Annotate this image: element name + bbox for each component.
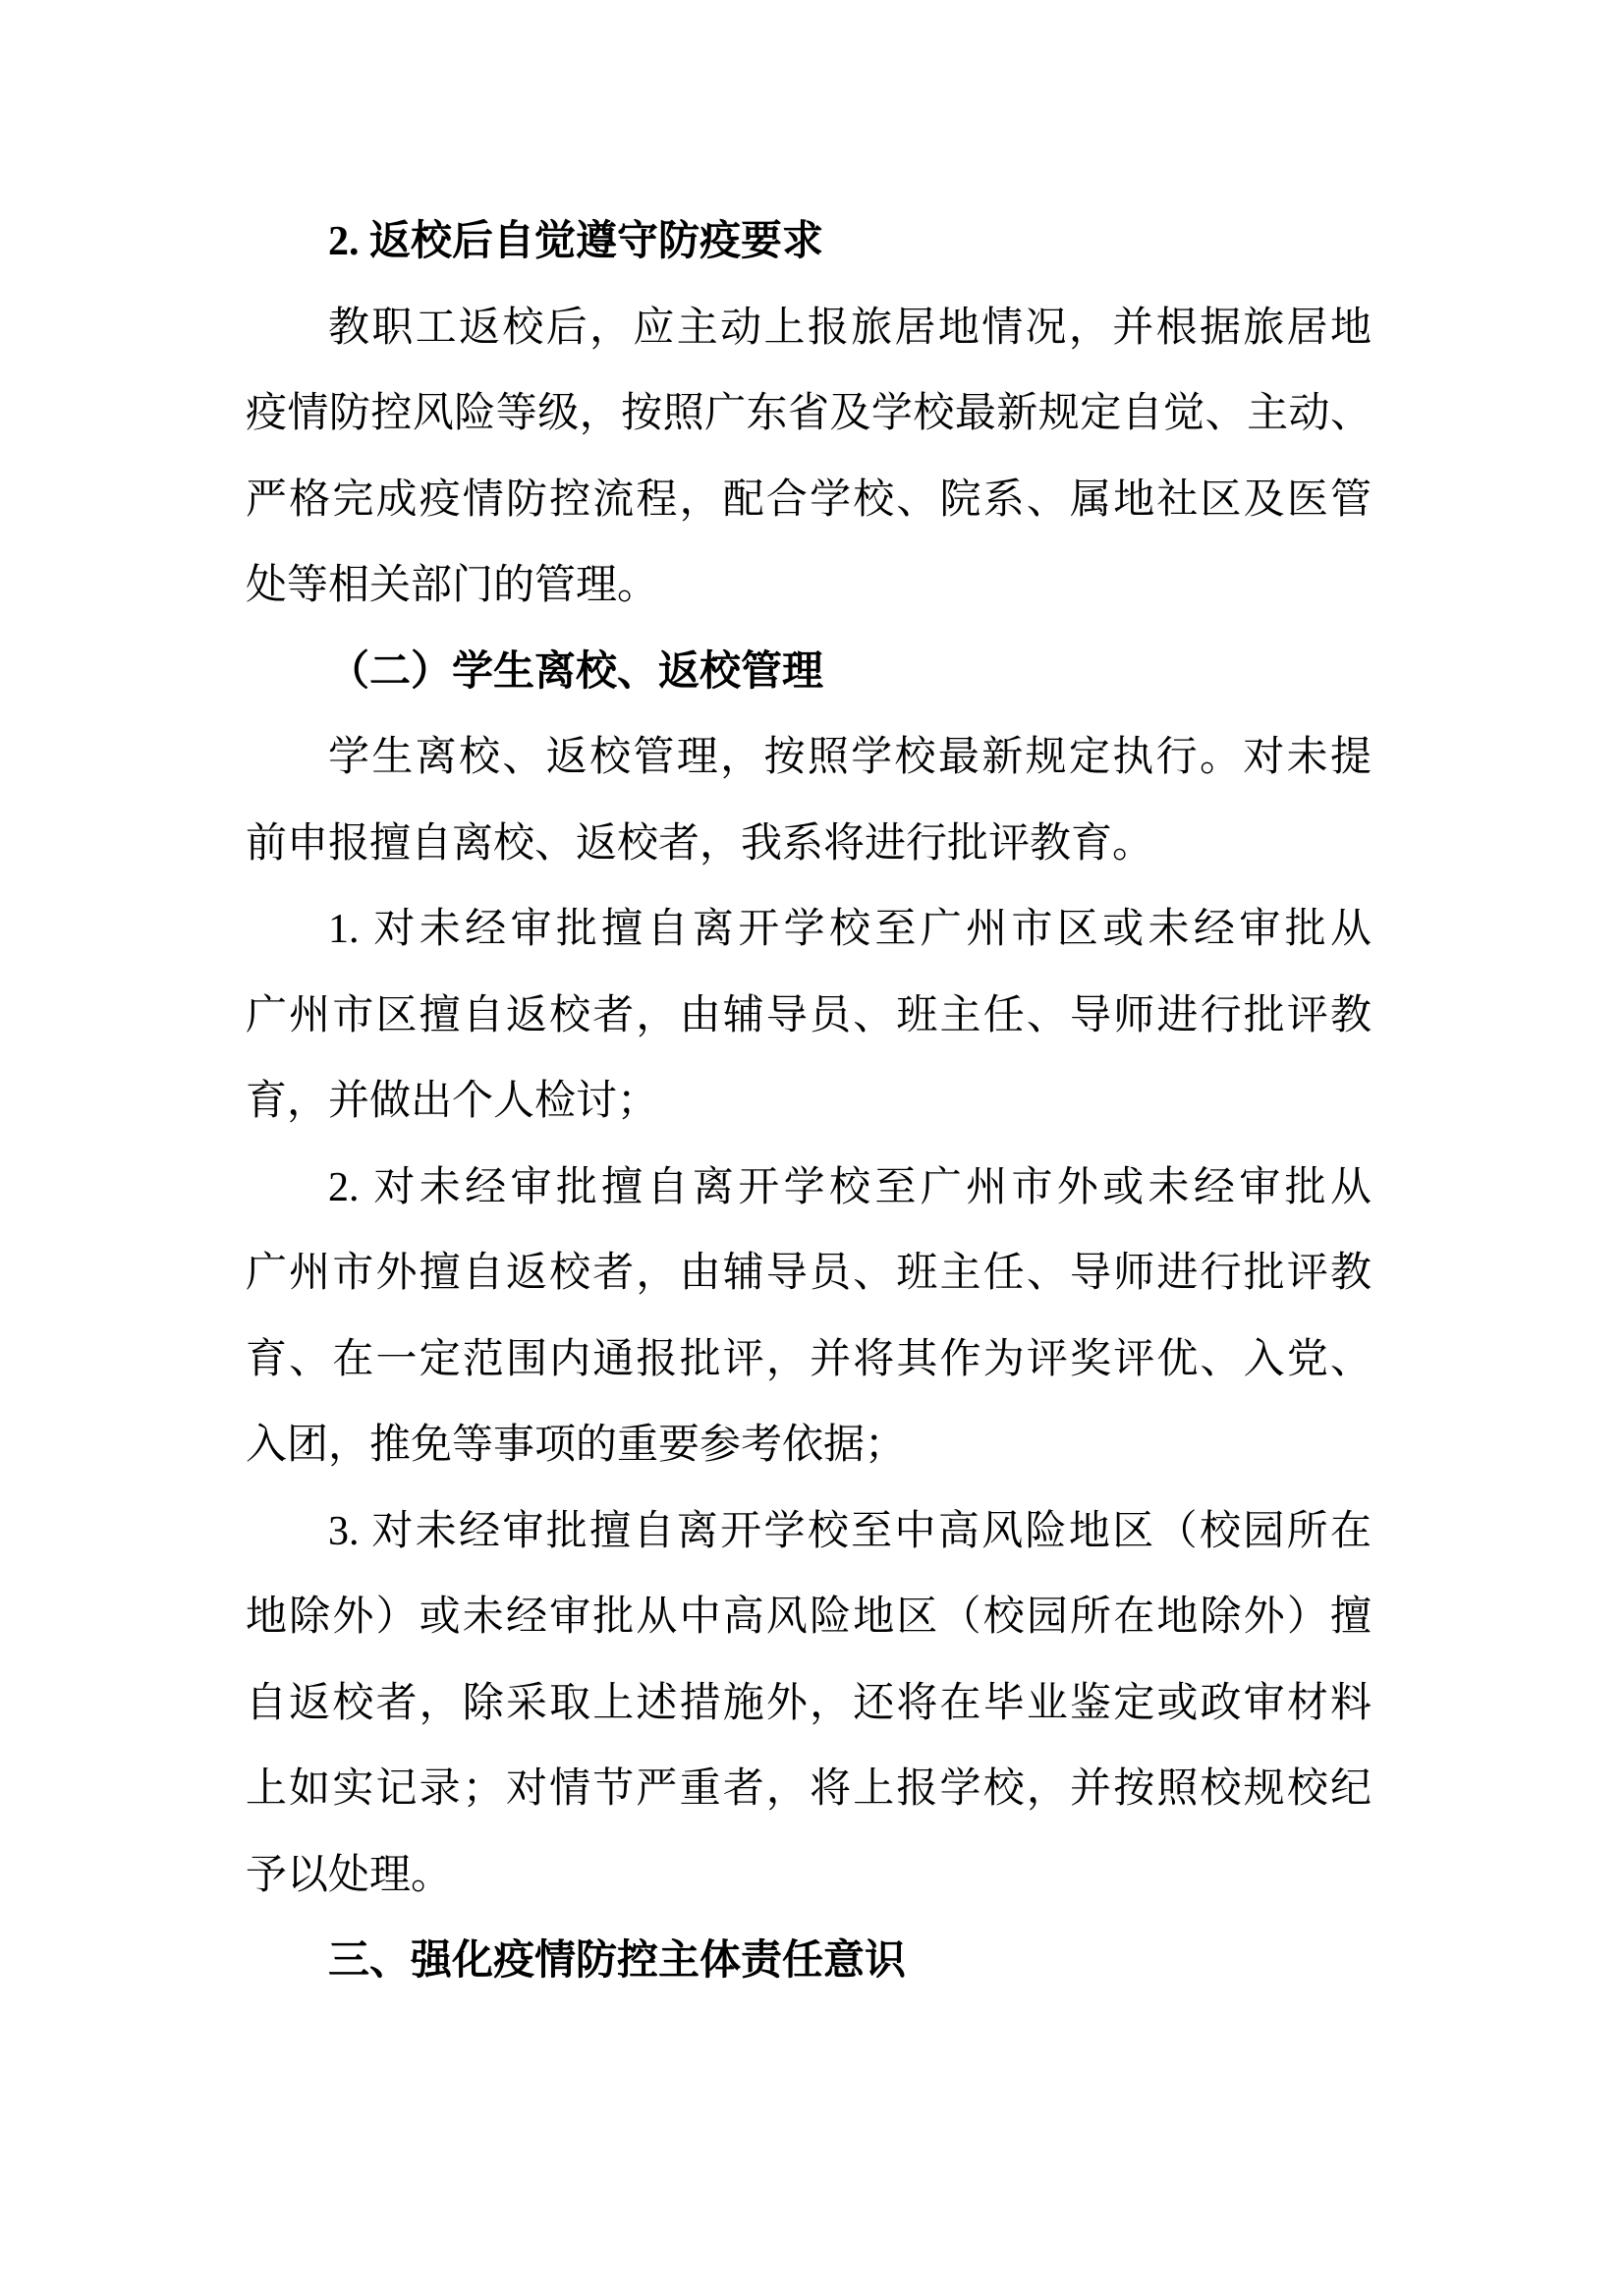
text-line: 予以处理。 — [246, 1833, 1372, 1920]
section-heading: 三、强化疫情防控主体责任意识 — [246, 1919, 1372, 2005]
text-line: 上如实记录；对情节严重者，将上报学校，并按照校规校纪 — [246, 1747, 1372, 1833]
document-page: 2. 返校后自觉遵守防疫要求教职工返校后，应主动上报旅居地情况，并根据旅居地疫情… — [0, 0, 1624, 2296]
text-line: 入团，推免等事项的重要参考依据； — [246, 1403, 1372, 1489]
text-line: 处等相关部门的管理。 — [246, 543, 1372, 630]
text-line: 育，并做出个人检讨； — [246, 1059, 1372, 1146]
text-line: 教职工返校后，应主动上报旅居地情况，并根据旅居地 — [246, 286, 1372, 372]
text-line: 3. 对未经审批擅自离开学校至中高风险地区（校园所在 — [246, 1489, 1372, 1576]
text-line: 地除外）或未经审批从中高风险地区（校园所在地除外）擅 — [246, 1575, 1372, 1661]
text-line: 前申报擅自离校、返校者，我系将进行批评教育。 — [246, 802, 1372, 888]
document-text-block: 2. 返校后自觉遵守防疫要求教职工返校后，应主动上报旅居地情况，并根据旅居地疫情… — [246, 199, 1372, 2005]
text-line: 育、在一定范围内通报批评，并将其作为评奖评优、入党、 — [246, 1317, 1372, 1404]
text-line: 1. 对未经审批擅自离开学校至广州市区或未经审批从 — [246, 887, 1372, 974]
section-heading: 2. 返校后自觉遵守防疫要求 — [246, 199, 1372, 286]
text-line: 严格完成疫情防控流程，配合学校、院系、属地社区及医管 — [246, 458, 1372, 544]
text-line: 学生离校、返校管理，按照学校最新规定执行。对未提 — [246, 715, 1372, 802]
text-line: 广州市区擅自返校者，由辅导员、班主任、导师进行批评教 — [246, 974, 1372, 1060]
text-line: 自返校者，除采取上述措施外，还将在毕业鉴定或政审材料 — [246, 1661, 1372, 1748]
text-line: 疫情防控风险等级，按照广东省及学校最新规定自觉、主动、 — [246, 371, 1372, 458]
text-line: 广州市外擅自返校者，由辅导员、班主任、导师进行批评教 — [246, 1231, 1372, 1317]
section-heading: （二）学生离校、返校管理 — [246, 630, 1372, 716]
text-line: 2. 对未经审批擅自离开学校至广州市外或未经审批从 — [246, 1146, 1372, 1232]
